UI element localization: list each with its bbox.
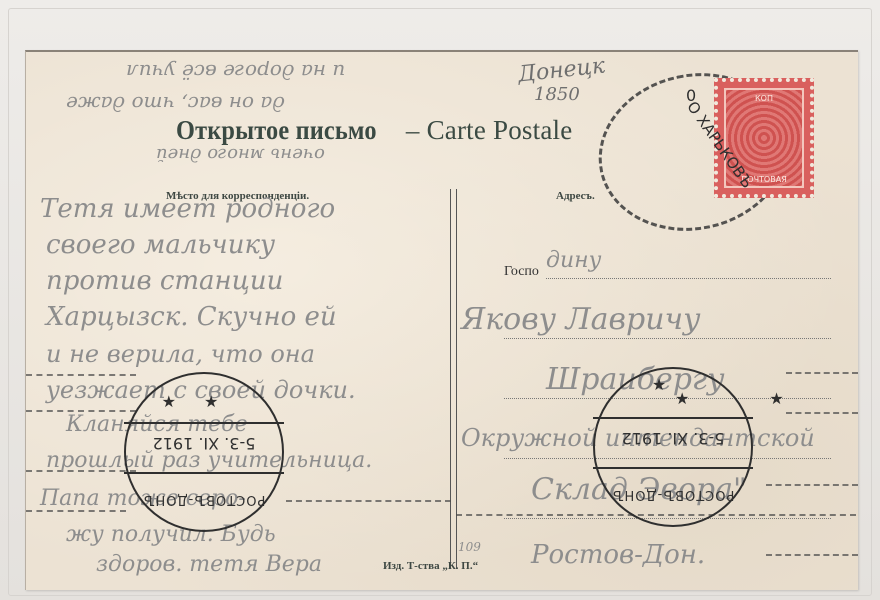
title-french: Carte Postale	[427, 115, 573, 145]
postcard: и на дороге всё учил да он вас, что даже…	[25, 50, 858, 590]
cancel-line-8	[786, 412, 858, 414]
arrival-postmark-right: ★ ★★ 5-3. XI. 1912 РОСТОВЪ-ДОНЪ	[593, 367, 753, 527]
address-line-1	[546, 278, 831, 279]
address-recipient: Якову Лавричу	[461, 302, 701, 337]
cancel-line-9	[766, 484, 858, 486]
postmark-band-top	[593, 417, 753, 419]
message-line-5: и не верила, что она	[46, 340, 315, 368]
postmark-date: 5-3. XI. 1912	[595, 429, 751, 448]
address-label: Адресъ.	[556, 190, 595, 202]
postage-stamp: КОП ПОЧТОВАЯ	[714, 78, 814, 198]
arrival-postmark-left: ★★ 5-3. XI. 1912 РОСТОВЪ-ДОНЪ	[124, 372, 284, 532]
message-line-3: против станции	[46, 266, 283, 296]
postmark-band-bottom	[124, 472, 284, 474]
upside-down-handwriting-3: очень много дней	[156, 144, 325, 165]
gospo-label: Госпо	[504, 264, 539, 280]
margin-note: 109	[458, 540, 481, 554]
postcard-title: Открытое письмо – Carte Postale	[176, 115, 572, 146]
cancel-line-7	[786, 372, 858, 374]
upside-down-handwriting-2: да он вас, что даже	[66, 92, 285, 116]
postmark-stars-icon: ★★	[126, 392, 282, 411]
postmark-stars-icon: ★★	[595, 389, 751, 408]
pencil-note-number: 1850	[534, 84, 580, 105]
postmark-city: РОСТОВЪ-ДОНЪ	[126, 492, 282, 507]
address-line-2	[504, 338, 831, 339]
postmark-band-bottom	[593, 467, 753, 469]
postmark-city: РОСТОВЪ-ДОНЪ	[595, 487, 751, 502]
message-line-1: Тетя имеет родного	[40, 194, 335, 224]
address-gospo-suffix: дину	[546, 248, 601, 273]
center-divider	[450, 189, 457, 569]
title-separator: –	[399, 115, 427, 145]
message-line-11: здоров. тетя Вера	[96, 552, 322, 577]
address-city: Ростов-Дон.	[531, 540, 705, 570]
publisher-imprint: Изд. Т-ства „К. П.“	[383, 560, 478, 572]
postmark-date: 5-3. XI. 1912	[126, 434, 282, 453]
postmark-band-top	[124, 422, 284, 424]
cancel-line-10	[766, 554, 858, 556]
stamp-top-text: КОП	[718, 94, 810, 103]
pencil-note-city: Донецк	[517, 54, 606, 88]
message-line-4: Харцызск. Скучно ей	[46, 302, 337, 332]
upside-down-handwriting-1: и на дороге всё учил	[126, 60, 345, 84]
message-line-10: жу получил. Будь	[66, 522, 276, 547]
message-line-2: своего мальчику	[46, 230, 275, 260]
title-russian: Открытое письмо	[176, 115, 377, 146]
cancel-line-5	[286, 500, 451, 502]
